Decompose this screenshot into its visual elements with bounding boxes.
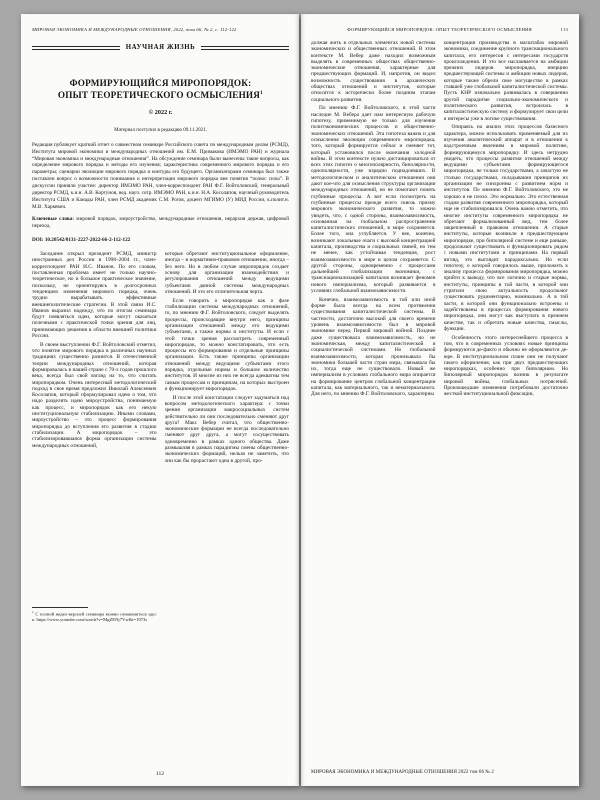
article-title: ФОРМИРУЮЩИЙСЯ МИРОПОРЯДОК: ОПЫТ ТЕОРЕТИЧ… — [32, 77, 289, 102]
paragraph: должая жить в отдельных элементах новой … — [311, 40, 436, 103]
paragraph: Заседание открыл президент РСМД, министр… — [32, 251, 157, 339]
section-title: НАУЧНАЯ ЖИЗНЬ — [126, 44, 196, 51]
running-head-left: МИРОВАЯ ЭКОНОМИКА И МЕЖДУНАРОДНЫЕ ОТНОШЕ… — [32, 27, 289, 32]
article-title-line2: ОПЫТ ТЕОРЕТИЧЕСКОГО ОСМЫСЛЕНИЯ — [58, 90, 260, 100]
paragraph: И после этой констатации следует задумат… — [165, 395, 290, 464]
footnote-text: 1 С полной видео-версией семинара можно … — [32, 610, 157, 623]
received-date: Материал поступил в редакцию 09.11.2021. — [32, 128, 289, 133]
doi-line: DOI: 10.20542/0131-2227-2022-66-2-112-12… — [32, 237, 289, 243]
page-number-right: 113 — [561, 27, 568, 32]
footnote-block: 1 С полной видео-версией семинара можно … — [32, 604, 157, 623]
copyright-line: © 2022 г. — [32, 109, 289, 116]
footnote-rule — [32, 607, 88, 608]
title-footnote-mark: 1 — [260, 90, 263, 96]
page-112: МИРОВАЯ ЭКОНОМИКА И МЕЖДУНАРОДНЫЕ ОТНОШЕ… — [21, 14, 299, 786]
journal-footer: МИРОВАЯ ЭКОНОМИКА И МЕЖДУНАРОДНЫЕ ОТНОШЕ… — [311, 770, 569, 775]
footnote-body: С полной видео-версией семинара можно оз… — [32, 612, 157, 623]
page-113: ФОРМИРУЮЩИЙСЯ МИРОПОРЯДОК: ОПЫТ ТЕОРЕТИЧ… — [301, 14, 579, 786]
paragraph: Опираясь на анализ этих процессов базисн… — [444, 124, 569, 332]
left-page-column-1: Заседание открыл президент РСМД, министр… — [32, 251, 157, 623]
section-rule-left — [32, 46, 120, 50]
journal-spread: МИРОВАЯ ЭКОНОМИКА И МЕЖДУНАРОДНЫЕ ОТНОШЕ… — [21, 14, 579, 786]
abstract-text: Редакция публикует краткий отчет о совме… — [32, 142, 289, 211]
paragraph: Конечно, взаимозависимость в той или ино… — [311, 297, 436, 398]
body-columns-right-page: должая жить в отдельных элементах новой … — [311, 40, 568, 740]
paragraph: По мнению Ф.Г. Войтоловского, в этой час… — [311, 105, 436, 294]
running-head-right-title: ФОРМИРУЮЩИЙСЯ МИРОПОРЯДОК: ОПЫТ ТЕОРЕТИЧ… — [347, 27, 532, 32]
paragraph: концентрация производства в масштабах ми… — [444, 40, 569, 122]
keywords-label: Ключевые слова: — [32, 216, 74, 222]
paragraph: Особенность этого интереснейшего процесс… — [444, 335, 569, 398]
paragraph: Если говорить о миропорядке как о фазе с… — [165, 298, 290, 392]
paragraph: В своем выступлении Ф.Г. Войтоловский от… — [32, 342, 157, 449]
running-head-right: ФОРМИРУЮЩИЙСЯ МИРОПОРЯДОК: ОПЫТ ТЕОРЕТИЧ… — [311, 27, 568, 32]
page-number-left: 112 — [21, 771, 299, 777]
section-rule-right — [201, 46, 289, 50]
right-page-column-2: концентрация производства в масштабах ми… — [444, 40, 569, 740]
article-title-line1: ФОРМИРУЮЩИЙСЯ МИРОПОРЯДОК: — [70, 78, 252, 88]
keywords-line: Ключевые слова: мировой порядок, мироуст… — [32, 216, 289, 230]
section-header: НАУЧНАЯ ЖИЗНЬ — [32, 44, 289, 51]
left-page-column-2: которые обретают институциональное оформ… — [165, 251, 290, 623]
body-columns-left-page: Заседание открыл президент РСМД, министр… — [32, 251, 289, 623]
paragraph: которые обретают институциональное оформ… — [165, 251, 290, 295]
right-page-column-1: должая жить в отдельных элементах новой … — [311, 40, 436, 740]
